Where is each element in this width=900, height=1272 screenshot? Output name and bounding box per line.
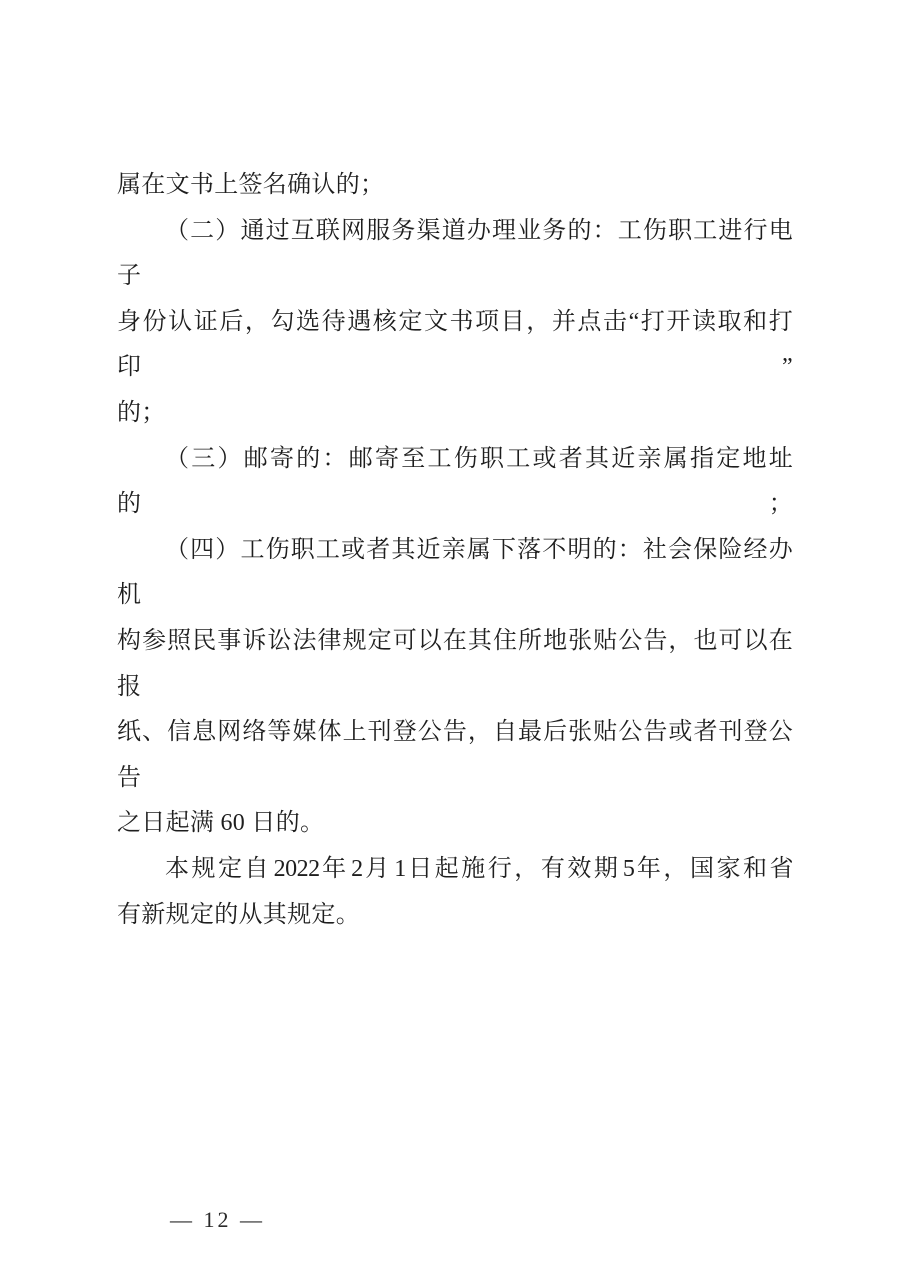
text-line: 本规定自 2022 年 2 月 1 日起施行，有效期 5 年，国家和省 [117, 847, 793, 893]
text-line: 身份认证后，勾选待遇核定文书项目，并点击“打开读取和打印” [117, 300, 793, 391]
text-line: 构参照民事诉讼法律规定可以在其住所地张贴公告，也可以在报 [117, 619, 793, 710]
text-line: （四）工伤职工或者其近亲属下落不明的：社会保险经办机 [117, 528, 793, 619]
page-footer: — 12 — [136, 1181, 265, 1259]
text-line: 有新规定的从其规定。 [117, 893, 793, 939]
document-page: 属在文书上签名确认的；（二）通过互联网服务渠道办理业务的：工伤职工进行电子身份认… [0, 0, 900, 1272]
text-line: （二）通过互联网服务渠道办理业务的：工伤职工进行电子 [117, 209, 793, 300]
text-line: 之日起满 60 日的。 [117, 801, 793, 847]
page-number: — 12 — [170, 1207, 265, 1232]
text-line: 纸、信息网络等媒体上刊登公告，自最后张贴公告或者刊登公告 [117, 710, 793, 801]
document-body: 属在文书上签名确认的；（二）通过互联网服务渠道办理业务的：工伤职工进行电子身份认… [117, 163, 793, 938]
text-line: （三）邮寄的：邮寄至工伤职工或者其近亲属指定地址的； [117, 437, 793, 528]
text-line: 属在文书上签名确认的； [117, 163, 793, 209]
text-line: 的； [117, 391, 793, 437]
